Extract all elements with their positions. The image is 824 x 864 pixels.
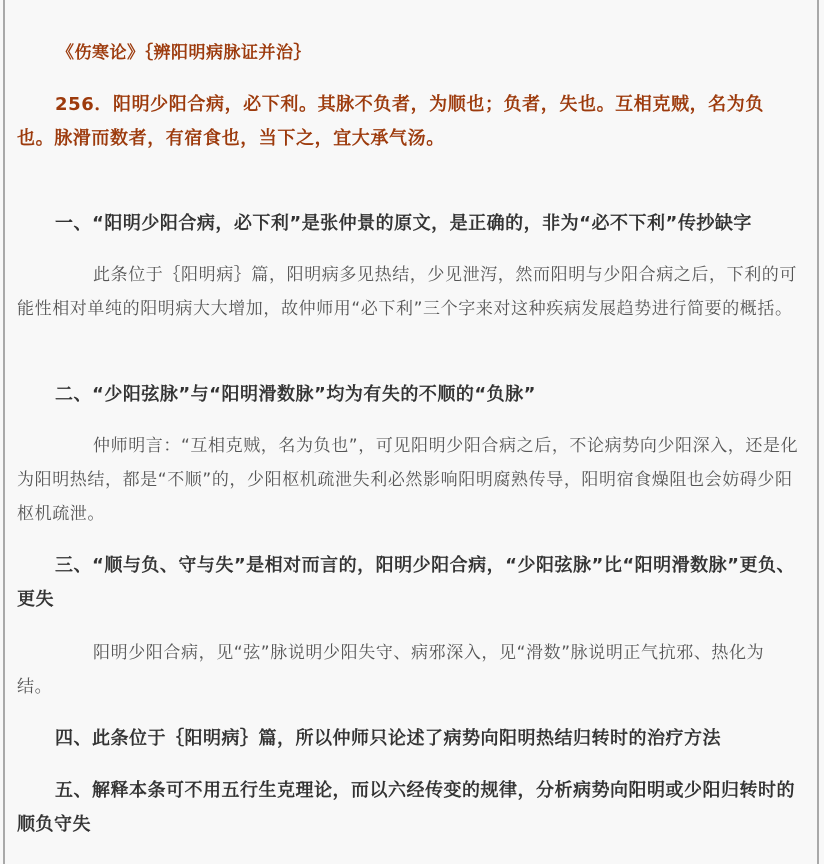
section-3-body: 阳明少阳合病，见“弦”脉说明少阳失守、病邪深入，见“滑数”脉说明正气抗邪、热化为… — [17, 636, 799, 704]
verse-256: 256．阳明少阳合病，必下利。其脉不负者，为顺也；负者，失也。互相克贼，名为负也… — [17, 88, 799, 156]
section-2-heading: 二、“少阳弦脉”与“阳明滑数脉”均为有失的不顺的“负脉” — [17, 378, 799, 412]
document-title: 《伤寒论》｛辨阳明病脉证并治｝ — [57, 38, 311, 63]
section-1-body: 此条位于｛阳明病｝篇，阳明病多见热结，少见泄泻，然而阳明与少阳合病之后，下利的可… — [17, 258, 799, 326]
section-4-heading: 四、此条位于｛阳明病｝篇，所以仲师只论述了病势向阳明热结归转时的治疗方法 — [17, 722, 799, 756]
section-5-heading: 五、解释本条可不用五行生克理论，而以六经传变的规律，分析病势向阳明或少阳归转时的… — [17, 774, 799, 842]
section-3-heading: 三、“顺与负、守与失”是相对而言的，阳明少阳合病，“少阳弦脉”比“阳明滑数脉”更… — [17, 549, 799, 617]
section-2-body: 仲师明言：“互相克贼，名为负也”，可见阳明少阳合病之后，不论病势向少阳深入，还是… — [17, 429, 799, 531]
section-1-heading: 一、“阳明少阳合病，必下利”是张仲景的原文，是正确的，非为“必不下利”传抄缺字 — [17, 207, 799, 241]
page-frame: 《伤寒论》｛辨阳明病脉证并治｝ 256．阳明少阳合病，必下利。其脉不负者，为顺也… — [3, 0, 819, 864]
